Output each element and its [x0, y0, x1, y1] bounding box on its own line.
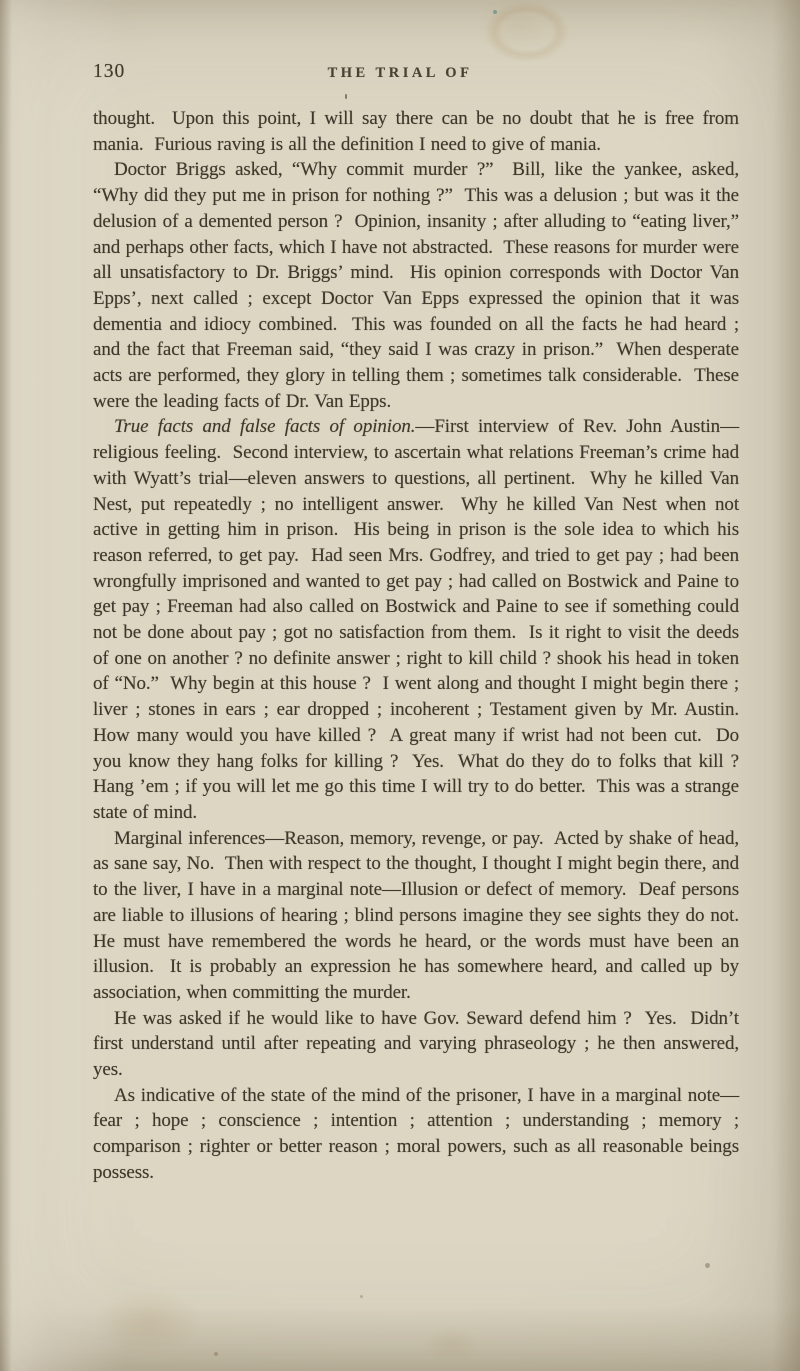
running-head: 130 THE TRIAL OF [0, 61, 800, 91]
paragraph-italic-lead: True facts and false facts of opinion. [114, 416, 415, 437]
paragraph: True facts and false facts of opinion.—F… [93, 414, 739, 825]
paragraph: Marginal inferences—Reason, memory, reve… [93, 826, 739, 1006]
paper-speck [493, 10, 497, 14]
running-header-title: THE TRIAL OF [0, 65, 800, 82]
paper-speck [360, 1295, 363, 1298]
paragraph: thought. Upon this point, I will say the… [93, 106, 739, 157]
paragraph: As indicative of the state of the mind o… [93, 1083, 739, 1186]
paper-speck [214, 1352, 218, 1356]
book-page-scan: 130 THE TRIAL OF thought. Upon this poin… [0, 0, 800, 1371]
paragraph: Doctor Briggs asked, “Why commit murder … [93, 157, 739, 414]
page-body-text: thought. Upon this point, I will say the… [93, 106, 739, 1186]
paper-speck [705, 1263, 710, 1268]
paragraph: He was asked if he would like to have Go… [93, 1006, 739, 1083]
ink-speck [345, 94, 347, 99]
